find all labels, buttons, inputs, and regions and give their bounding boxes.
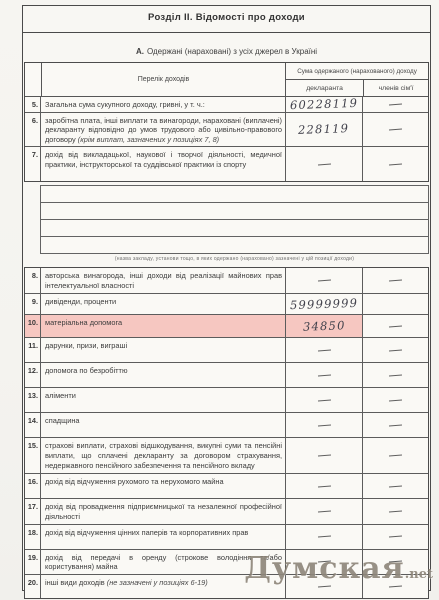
decl-value-cell [286,363,363,387]
header-list-of-incomes: Перелік доходів [42,63,286,96]
fam-value-cell [363,413,428,437]
header-number-cell [25,63,42,96]
dash-mark [389,374,402,376]
row-number: 13. [25,388,41,412]
table-header: Перелік доходів Сума одержаного (нарахов… [25,63,428,97]
income-row-14: 14.спадщина [25,412,428,437]
income-row-16: 16.дохід від відчуження рухомого та неру… [25,473,428,498]
row-label: допомога по безробіттю [41,363,286,387]
fam-value-cell [363,438,428,473]
institution-empty-lines [40,185,429,254]
dash-mark [389,455,402,457]
row-label-text: дохід від відчуження рухомого та нерухом… [45,477,224,486]
fam-value-cell [363,388,428,412]
row-label: дохід від викладацької, наукової і творч… [41,147,286,181]
row-label-text: дивіденди, проценти [45,297,116,306]
decl-value-cell [286,499,363,523]
institution-empty-line [40,185,429,203]
row-label-text: матеріальна допомога [45,318,122,327]
dash-mark [317,424,330,426]
income-rows-5-7: 5.Загальна сума сукупного доходу, гривні… [25,97,428,181]
row-label: аліменти [41,388,286,412]
income-row-8: 8.авторська винагорода, інші доходи від … [25,268,428,293]
decl-value-cell [286,413,363,437]
fam-value-cell [363,113,428,147]
fam-value-cell [363,499,428,523]
row-label-italic: (не зазначені у позиціях 6-19) [105,578,208,587]
row-number: 11. [25,338,41,362]
decl-value-cell: 60228119 [286,97,363,112]
row-number: 18. [25,525,41,549]
handwritten-value: 228119 [298,122,350,138]
income-table: Перелік доходів Сума одержаного (нарахов… [24,62,429,599]
row-label-text: аліменти [45,391,76,400]
row-label-italic: (крім виплат, зазначених у позиціях 7, 8… [76,135,219,144]
row-number: 6. [25,113,41,147]
fam-value-cell [363,315,428,337]
dash-mark [389,280,402,282]
institution-block: (назва закладу, установи тощо, в яких од… [40,185,429,263]
decl-value-cell: 34850 [286,315,363,337]
dash-mark [317,374,330,376]
decl-value-cell: 228119 [286,113,363,147]
row-label: Загальна сума сукупного доходу, гривні, … [41,97,286,112]
fam-value-cell [363,147,428,181]
row-label-text: дохід від провадження підприємницької та… [45,502,282,521]
dash-mark [389,399,402,401]
row-number: 7. [25,147,41,181]
watermark-text: Думская [244,551,404,586]
decl-value-cell [286,268,363,293]
row-label: заробітна плата, інші виплати та винагор… [41,113,286,147]
handwritten-value: 59999999 [290,296,359,312]
handwritten-value: 34850 [302,319,345,334]
subsection-title: А.Одержані (нараховані) з усіх джерел в … [23,47,430,56]
row-label-text: допомога по безробіттю [45,366,127,375]
income-row-9: 9.дивіденди, проценти59999999 [25,293,428,314]
header-amount-group: Сума одержаного (нарахованого) доходу де… [286,63,428,96]
fam-value-cell [363,294,428,314]
row-number: 12. [25,363,41,387]
dash-mark [317,485,330,487]
income-row-13: 13.аліменти [25,387,428,412]
row-label-text: спадщина [45,416,80,425]
row-label-text: страхові виплати, страхові відшкодування… [45,441,282,469]
table-segment-bottom: 8.авторська винагорода, інші доходи від … [24,267,429,598]
dash-mark [389,325,402,327]
header-family-column: членів сім'ї [364,80,428,96]
watermark-suffix: .net [405,567,433,582]
dash-mark [389,511,402,513]
income-row-7: 7.дохід від викладацької, наукової і тво… [25,146,428,181]
fam-value-cell [363,474,428,498]
table-segment-top: Перелік доходів Сума одержаного (нарахов… [24,62,429,182]
decl-value-cell: 59999999 [286,294,363,314]
dash-mark [317,349,330,351]
dash-mark [389,424,402,426]
dash-mark [317,511,330,513]
income-row-5: 5.Загальна сума сукупного доходу, гривні… [25,97,428,112]
header-amount-of-income: Сума одержаного (нарахованого) доходу [286,63,428,80]
dash-mark [389,103,402,105]
decl-value-cell [286,438,363,473]
dash-mark [317,399,330,401]
row-number: 20. [25,575,41,598]
row-label-text: Загальна сума сукупного доходу, гривні, … [45,100,205,109]
row-label: дарунки, призи, виграші [41,338,286,362]
subsection-text: Одержані (нараховані) з усіх джерел в Ук… [147,47,317,56]
dash-mark [389,163,402,165]
institution-empty-line [40,236,429,254]
decl-value-cell [286,388,363,412]
row-label-text: дохід від викладацької, наукової і творч… [45,150,282,169]
section-title: Розділ II. Відомості про доходи [23,6,430,33]
row-label: дохід від відчуження рухомого та нерухом… [41,474,286,498]
row-number: 5. [25,97,41,112]
row-label-text: інші види доходів [45,578,105,587]
dash-mark [389,485,402,487]
dash-mark [389,349,402,351]
decl-value-cell [286,338,363,362]
row-number: 9. [25,294,41,314]
row-number: 8. [25,268,41,293]
fam-value-cell [363,268,428,293]
row-label: дохід від провадження підприємницької та… [41,499,286,523]
header-declarant-column: декларанта [286,80,364,96]
fam-value-cell [363,338,428,362]
dash-mark [389,536,402,538]
income-row-12: 12.допомога по безробіттю [25,362,428,387]
decl-value-cell [286,525,363,549]
decl-value-cell [286,147,363,181]
scanned-document-page: Розділ II. Відомості про доходи А.Одержа… [0,0,439,600]
dash-mark [317,280,330,282]
row-label: матеріальна допомога [41,315,286,337]
row-number: 17. [25,499,41,523]
row-label-text: дохід від відчуження цінних паперів та к… [45,528,248,537]
dash-mark [317,536,330,538]
income-row-17: 17.дохід від провадження підприємницької… [25,498,428,523]
row-number: 19. [25,550,41,574]
subsection-letter: А. [136,47,144,56]
row-number: 10. [25,315,41,337]
row-number: 15. [25,438,41,473]
dash-mark [317,163,330,165]
institution-empty-line [40,202,429,220]
row-label: дохід від відчуження цінних паперів та к… [41,525,286,549]
income-row-11: 11.дарунки, призи, виграші [25,337,428,362]
decl-value-cell [286,474,363,498]
row-label-text: дарунки, призи, виграші [45,341,127,350]
fam-value-cell [363,525,428,549]
row-number: 16. [25,474,41,498]
handwritten-value: 60228119 [290,96,359,112]
income-row-15: 15.страхові виплати, страхові відшкодува… [25,437,428,473]
row-label: спадщина [41,413,286,437]
income-row-18: 18.дохід від відчуження цінних паперів т… [25,524,428,549]
page-frame: Розділ II. Відомості про доходи А.Одержа… [22,5,431,591]
row-label: авторська винагорода, інші доходи від ре… [41,268,286,293]
fam-value-cell [363,97,428,112]
dash-mark [389,129,402,131]
income-row-6: 6.заробітна плата, інші виплати та винаг… [25,112,428,147]
institution-empty-line [40,219,429,237]
institution-note: (назва закладу, установи тощо, в яких од… [40,254,429,263]
income-row-10: 10.матеріальна допомога34850 [25,314,428,337]
fam-value-cell [363,363,428,387]
income-rows-8-20: 8.авторська винагорода, інші доходи від … [25,268,428,597]
row-label-text: авторська винагорода, інші доходи від ре… [45,271,282,290]
row-number: 14. [25,413,41,437]
row-label: страхові виплати, страхові відшкодування… [41,438,286,473]
watermark: Думская.net [244,554,433,590]
row-label: дивіденди, проценти [41,294,286,314]
dash-mark [317,455,330,457]
header-amount-subcolumns: декларанта членів сім'ї [286,80,428,96]
